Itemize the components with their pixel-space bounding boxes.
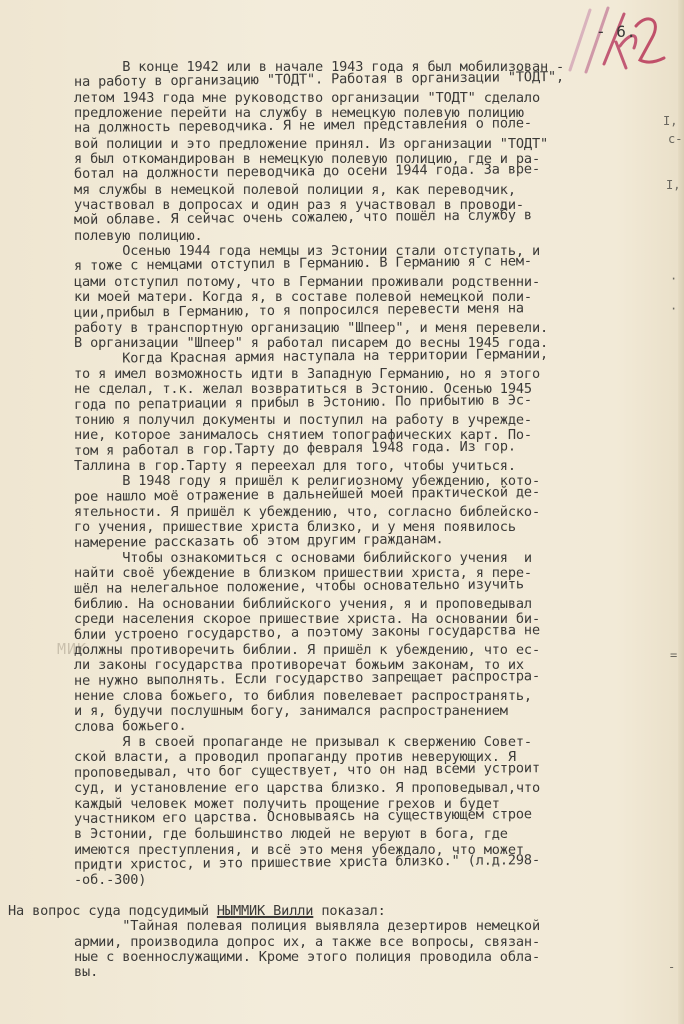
text-line: ботал на должности переводчика до осени … — [74, 161, 654, 182]
testimony-intro-prefix: На вопрос суда подсудимый — [8, 903, 217, 919]
margin-mark: - — [668, 960, 675, 974]
defendant-name: НЫММИК Вилли — [217, 903, 313, 919]
text-line: нение слова божьего, то библия повелевае… — [74, 689, 654, 704]
margin-mark: c- — [668, 132, 682, 146]
testimony-line: "Тайная полевая полиция выявляла дезерти… — [74, 919, 654, 934]
text-line: библию. На основании библийского учения,… — [74, 597, 654, 612]
text-line: цами отступил потому, что в Германии про… — [74, 275, 654, 290]
statement-body: В конце 1942 или в начале 1943 года я бы… — [74, 60, 654, 981]
testimony-intro-suffix: показал: — [313, 903, 385, 919]
text-line: мя службы в немецкой полевой полиции я, … — [74, 183, 654, 198]
margin-mark: · — [670, 302, 677, 316]
text-line: полевую полицию. — [74, 229, 654, 244]
text-line: должны противоречить библии. Я пришёл к … — [74, 643, 654, 658]
page-edge — [678, 0, 684, 1024]
text-line: мой облаве. Я сейчас очень сожалею, что … — [74, 207, 654, 228]
text-line: я тоже с немцами отступил в Германию. В … — [74, 253, 654, 274]
margin-mark: · — [670, 272, 677, 286]
text-line: вой полиции и это предложение принял. Из… — [74, 137, 654, 152]
margin-mark: I, — [666, 178, 680, 192]
spacer — [74, 889, 654, 904]
margin-mark: I, — [663, 114, 677, 128]
testimony-line: ные с военнослужащими. Кроме этого полиц… — [74, 950, 654, 965]
text-line: ятельности. Я пришёл к убеждению, что, с… — [74, 505, 654, 520]
text-line: летом 1943 года мне руководство организа… — [74, 91, 654, 106]
text-line: в Эстонии, где большинство людей не веру… — [74, 827, 654, 842]
text-line: суд, и установление его царства близко. … — [74, 781, 654, 796]
text-line: на должность переводчика. Я не имел пред… — [74, 115, 654, 136]
text-line: Таллина в гор.Тарту я переехал для того,… — [74, 459, 654, 474]
document-page: - 6. МИК I, c- I, · · = - В конце 1942 и… — [0, 0, 684, 1024]
text-line: -об.-300) — [74, 873, 654, 888]
text-line: Чтобы ознакомиться с основами библийског… — [74, 551, 654, 566]
testimony-intro: На вопрос суда подсудимый НЫММИК Вилли п… — [8, 904, 588, 919]
margin-mark: = — [670, 648, 677, 662]
text-line: на работу в организацию "ТОДТ". Работая … — [74, 69, 654, 90]
text-line: тонию я получил документы и поступил на … — [74, 413, 654, 428]
testimony-line: армии, производила допрос их, а также вс… — [74, 935, 654, 950]
text-line: Я в своей пропаганде не призывал к сверж… — [74, 735, 654, 750]
text-line: то я имел возможность идти в Западную Ге… — [74, 367, 654, 382]
text-line: работу в транспортную организацию "Шпеер… — [74, 321, 654, 336]
testimony-line: вы. — [74, 965, 654, 980]
page-marker: - 6. — [596, 22, 637, 41]
